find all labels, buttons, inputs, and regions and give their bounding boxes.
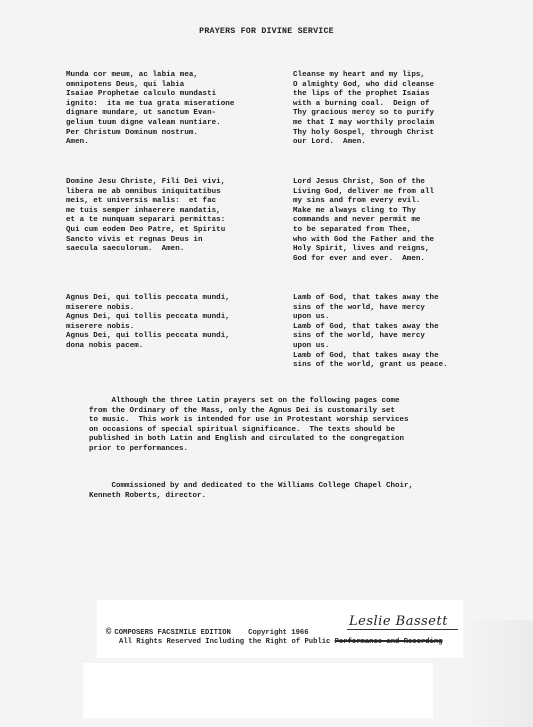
page-title: PRAYERS FOR DIVINE SERVICE [0, 27, 533, 36]
prayer-1-latin: Munda cor meum, ac labia mea, omnipotens… [66, 71, 234, 148]
footer-edition-line: ©COMPOSERS FACSIMILE EDITION Copyright 1… [106, 627, 309, 637]
prayer-2-english: Lord Jesus Christ, Son of the Living God… [293, 178, 434, 264]
prayer-2-latin: Domine Jesu Christe, Fili Dei vivi, libe… [66, 178, 225, 255]
copyright-icon: © [106, 627, 111, 637]
footer-rights-line: All Rights Reserved Including the Right … [119, 638, 443, 646]
composer-signature: Leslie Bassett [347, 614, 458, 630]
performance-note: Although the three Latin prayers set on … [89, 397, 409, 455]
prayer-1-english: Cleanse my heart and my lips, O almighty… [293, 71, 434, 148]
rights-struck-text: Performance and Recording [335, 638, 443, 646]
document-page: PRAYERS FOR DIVINE SERVICE Munda cor meu… [0, 0, 533, 727]
prayer-3-english: Lamb of God, that takes away the sins of… [293, 294, 448, 371]
footer-blank-box [83, 663, 433, 718]
prayer-3-latin: Agnus Dei, qui tollis peccata mundi, mis… [66, 294, 230, 352]
dedication-note: Commissioned by and dedicated to the Wil… [89, 482, 413, 501]
edition-label: COMPOSERS FACSIMILE EDITION [114, 629, 230, 637]
rights-text: All Rights Reserved Including the Right … [119, 638, 335, 646]
copyright-text: Copyright 1966 [248, 629, 308, 637]
scan-shadow [463, 620, 533, 727]
